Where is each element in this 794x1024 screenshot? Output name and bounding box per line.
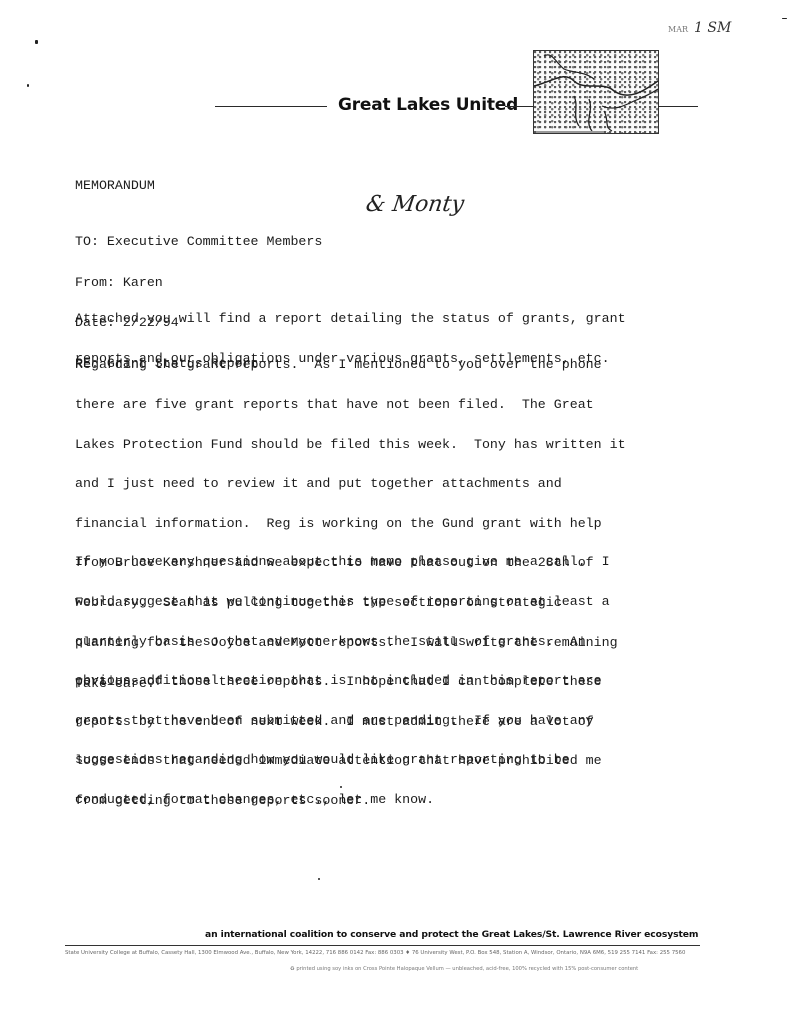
address-us: State University College at Buffalo, Cas… xyxy=(65,950,404,956)
text-line: Attached you will find a report detailin… xyxy=(75,311,626,326)
text-line: financial information. Reg is working on… xyxy=(75,516,626,531)
footer-rule xyxy=(65,945,700,946)
text-line: quarterly basis so that everyone knows t… xyxy=(75,634,610,649)
organization-name: Great Lakes United xyxy=(338,95,518,115)
text-line: obvious additional section that is not i… xyxy=(75,673,610,688)
handwritten-annotation: & Monty xyxy=(364,192,465,217)
scan-speck xyxy=(27,84,29,87)
scan-speck xyxy=(318,878,320,880)
handwritten-initials: 1 SM xyxy=(694,20,731,36)
logo-underbar xyxy=(536,131,604,133)
scan-speck xyxy=(35,40,38,44)
text-line: would suggest that we continue this type… xyxy=(75,594,610,609)
header-rule-mid xyxy=(505,106,533,107)
footer-addresses: State University College at Buffalo, Cas… xyxy=(65,950,705,956)
text-line: Lakes Protection Fund should be filed th… xyxy=(75,437,626,452)
text-line: there are five grant reports that have n… xyxy=(75,397,626,412)
scan-speck xyxy=(782,18,787,19)
paragraph-questions: If you have any questions about this mem… xyxy=(75,530,610,819)
text-line: conducted, format changes, etc., let me … xyxy=(75,792,610,807)
footer-tagline: an international coalition to conserve a… xyxy=(205,929,698,940)
text-line: and I just need to review it and put tog… xyxy=(75,476,626,491)
text-line: grants that have been submitted and are … xyxy=(75,713,610,728)
text-line: suggestions regarding how you would like… xyxy=(75,752,610,767)
footer-printing-note: ♻ printed using soy inks on Cross Pointe… xyxy=(290,966,638,972)
address-canada: 76 University West, P.O. Box 548, Statio… xyxy=(412,950,686,956)
header-rule-right xyxy=(658,106,698,107)
text-line: Regarding the grant reports. As I mentio… xyxy=(75,357,626,372)
handwritten-note: MAR1 SM xyxy=(668,20,731,36)
text-line: If you have any questions about this mem… xyxy=(75,554,610,569)
great-lakes-map-icon xyxy=(533,50,659,134)
received-stamp: MAR xyxy=(668,25,688,34)
text-line: Take care. xyxy=(75,676,155,691)
header-rule-left xyxy=(215,106,327,107)
memo-to: TO: Executive Committee Members xyxy=(75,234,322,250)
memo-type-label: MEMORANDUM xyxy=(75,180,155,192)
printing-note-text: printed using soy inks on Cross Pointe H… xyxy=(296,966,638,972)
paragraph-closing: Take care. xyxy=(75,652,155,704)
